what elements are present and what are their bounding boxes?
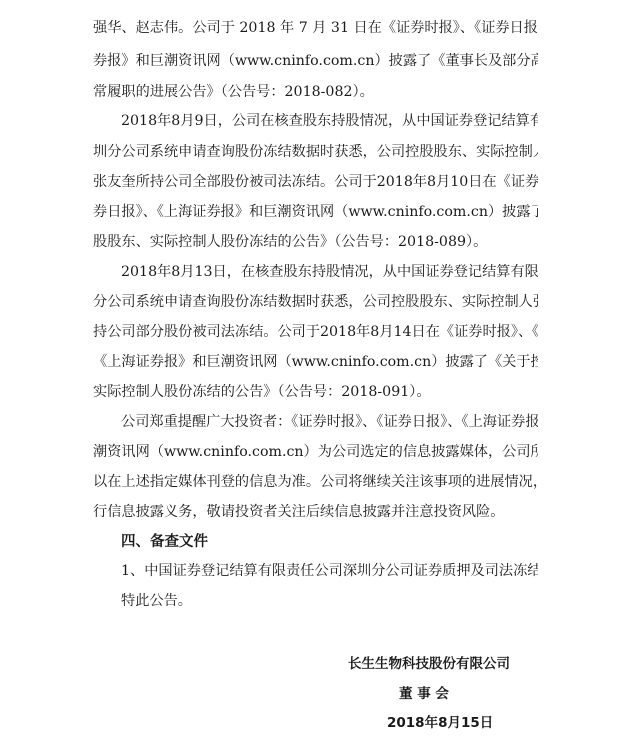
attachment-item: 1、中国证券登记结算有限责任公司深圳分公司证券质押及司法冻结明细表。: [121, 562, 538, 580]
text-line: 实际控制人股份冻结的公告》（公告号：2018-091）。: [93, 383, 538, 401]
text-line: 券日报》、《上海证券报》和巨潮资讯网（www.cninfo.com.cn）披露了…: [93, 203, 538, 221]
text-line: 2018年8月13日，在核查股东持股情况，从中国证券登记结算有限公司深圳: [121, 263, 538, 281]
text-line: 张友奎所持公司全部股份被司法冻结。公司于2018年8月10日在《证券时报》、《证: [93, 173, 538, 191]
text-line: 以在上述指定媒体刊登的信息为准。公司将继续关注该事项的进展情况，及时履: [93, 473, 538, 491]
text-line: 分公司系统申请查询股份冻结数据时获悉，公司控股股东、实际控制人张洺豪所: [93, 293, 538, 311]
text-line: 持公司部分股份被司法冻结。公司于2018年8月14日在《证券时报》、《证券日报》…: [93, 323, 538, 341]
text-line: 圳分公司系统申请查询股份冻结数据时获悉，公司控股股东、实际控制人高俊芳、: [93, 143, 538, 161]
section-heading: 四、备查文件: [121, 530, 208, 551]
closing-statement: 特此公告。: [121, 592, 538, 610]
text-line: 《上海证券报》和巨潮资讯网（www.cninfo.com.cn）披露了《关于控股…: [93, 353, 538, 371]
signature-board: 董 事 会: [399, 682, 449, 702]
text-line: 2018年8月9日，公司在核查股东持股情况，从中国证券登记结算有限公司深: [121, 112, 538, 130]
text-line: 公司郑重提醒广大投资者：《证券时报》、《证券日报》、《上海证券报》和巨: [121, 413, 538, 431]
text-line: 潮资讯网（www.cninfo.com.cn）为公司选定的信息披露媒体，公司所有…: [93, 443, 538, 461]
signature-date: 2018年8月15日: [387, 711, 493, 731]
text-line: 券报》和巨潮资讯网（www.cninfo.com.cn）披露了《董事长及部分高管…: [93, 52, 538, 70]
text-line: 股股东、实际控制人股份冻结的公告》（公告号：2018-089）。: [93, 233, 538, 251]
text-line: 常履职的进展公告》（公告号：2018-082）。: [93, 83, 538, 101]
text-line: 行信息披露义务，敬请投资者关注后续信息披露并注意投资风险。: [93, 503, 538, 521]
text-line: 强华、赵志伟。公司于 2018 年 7 月 31 日在《证券时报》、《证券日报》…: [93, 19, 538, 37]
signature-company: 长生生物科技股份有限公司: [348, 652, 510, 672]
